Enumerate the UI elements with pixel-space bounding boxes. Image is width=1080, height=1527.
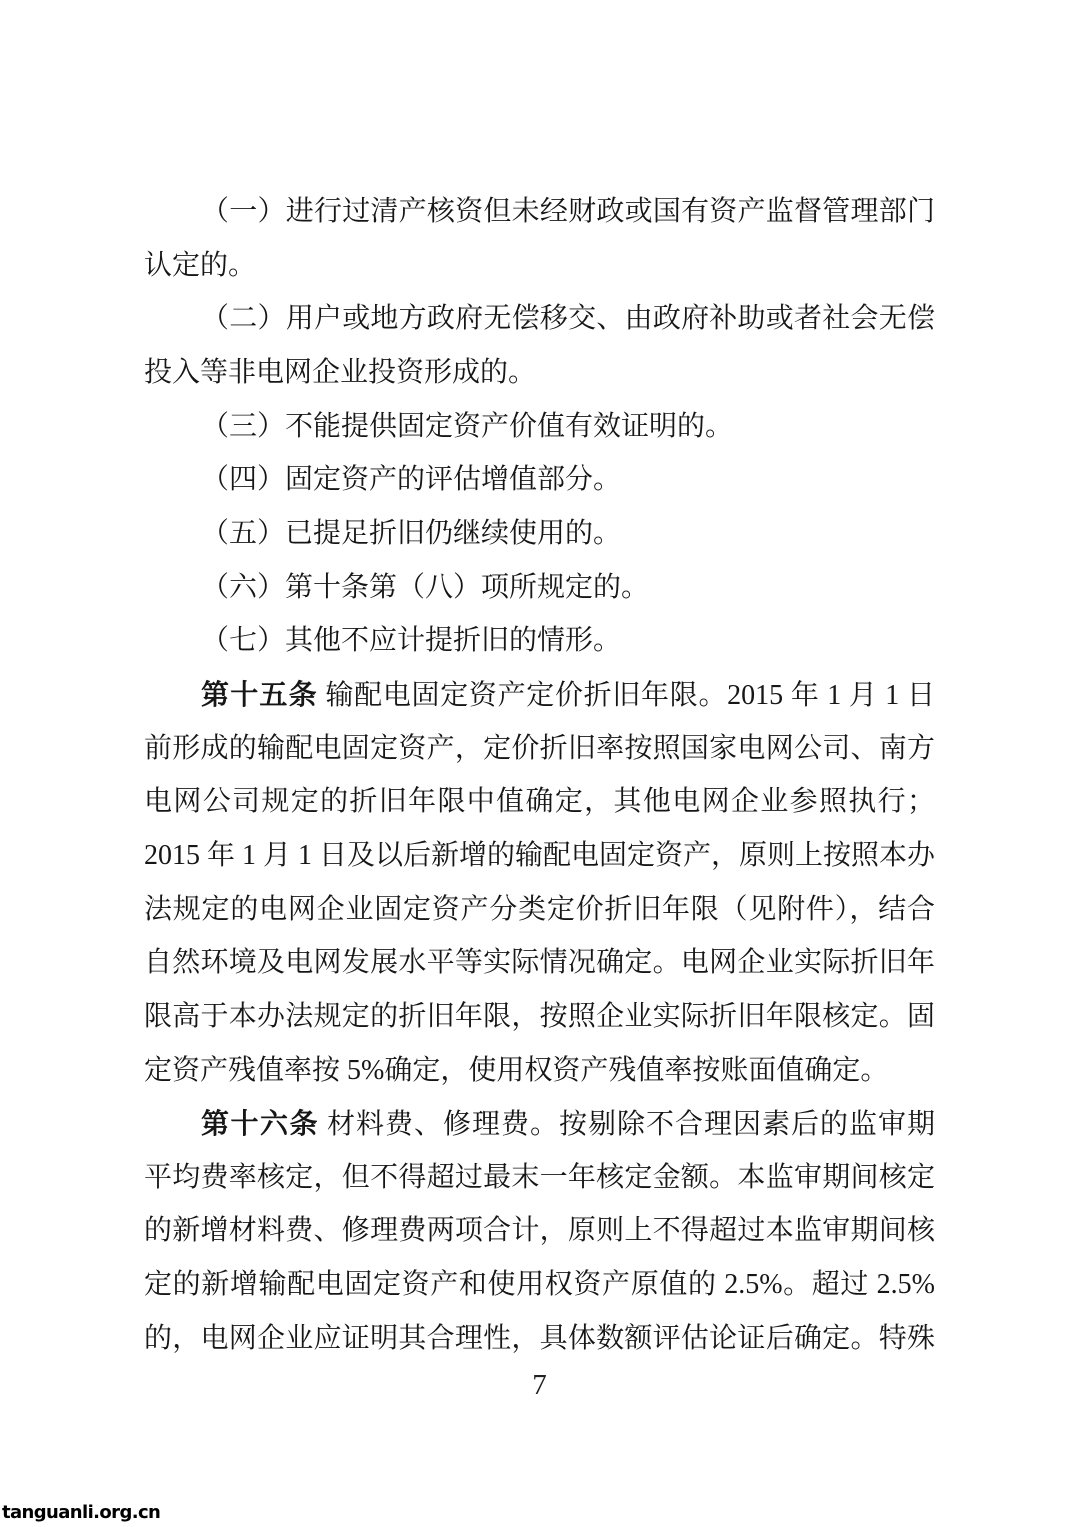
text-line: 平均费率核定，但不得超过最末一年核定金额。本监审期间核定 — [144, 1151, 935, 1205]
document-body: （一）进行过清产核资但未经财政或国有资产监督管理部门认定的。（二）用户或地方政府… — [144, 185, 935, 1365]
article-heading: 第十五条 — [201, 679, 318, 710]
text-line: （四）固定资产的评估增值部分。 — [144, 453, 935, 507]
text-line: 自然环境及电网发展水平等实际情况确定。电网企业实际折旧年 — [144, 936, 935, 990]
text-line: （一）进行过清产核资但未经财政或国有资产监督管理部门 — [144, 185, 935, 239]
text-line: （三）不能提供固定资产价值有效证明的。 — [144, 400, 935, 454]
text-line: （六）第十条第（八）项所规定的。 — [144, 561, 935, 615]
text-line: （二）用户或地方政府无偿移交、由政府补助或者社会无偿 — [144, 292, 935, 346]
text-line: 第十六条 材料费、修理费。按剔除不合理因素后的监审期间 — [144, 1097, 935, 1151]
text-line: 投入等非电网企业投资形成的。 — [144, 346, 935, 400]
text-line: 的新增材料费、修理费两项合计，原则上不得超过本监审期间核 — [144, 1204, 935, 1258]
text-line: 电网公司规定的折旧年限中值确定，其他电网企业参照执行； — [144, 775, 935, 829]
text-line: 认定的。 — [144, 239, 935, 293]
text-line: 定的新增输配电固定资产和使用权资产原值的 2.5%。超过 2.5% — [144, 1258, 935, 1312]
article-heading: 第十六条 — [201, 1108, 319, 1139]
text-line: （七）其他不应计提折旧的情形。 — [144, 614, 935, 668]
text-line: 前形成的输配电固定资产，定价折旧率按照国家电网公司、南方 — [144, 722, 935, 776]
text-line: 定资产残值率按 5%确定，使用权资产残值率按账面值确定。 — [144, 1044, 935, 1098]
text-line: 限高于本办法规定的折旧年限，按照企业实际折旧年限核定。固 — [144, 990, 935, 1044]
text-line: 2015 年 1 月 1 日及以后新增的输配电固定资产，原则上按照本办 — [144, 829, 935, 883]
text-line: （五）已提足折旧仍继续使用的。 — [144, 507, 935, 561]
text-line: 法规定的电网企业固定资产分类定价折旧年限（见附件），结合 — [144, 883, 935, 937]
text-line: 的，电网企业应证明其合理性，具体数额评估论证后确定。特殊 — [144, 1312, 935, 1366]
text-line: 第十五条 输配电固定资产定价折旧年限。2015 年 1 月 1 日以 — [144, 668, 935, 722]
page-number: 7 — [144, 1368, 935, 1402]
watermark-site-url: tanguanli.org.cn — [2, 1502, 160, 1523]
document-page: （一）进行过清产核资但未经财政或国有资产监督管理部门认定的。（二）用户或地方政府… — [0, 0, 1080, 1527]
